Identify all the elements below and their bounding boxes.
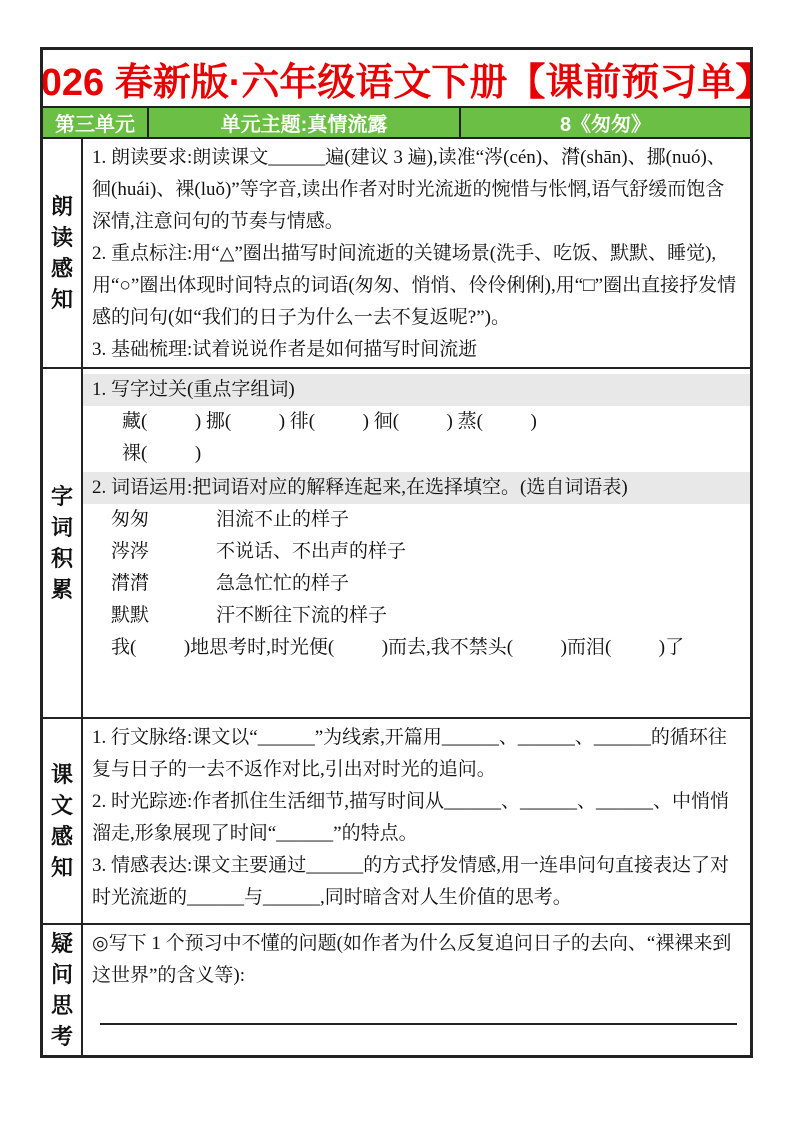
match-word: 匆匆 [111, 504, 216, 536]
reading-item-1: 1. 朗读要求:朗读课文______遍(建议 3 遍),读准“涔(cén)、潸(… [92, 142, 741, 238]
words-char-line-1: 藏( ) 挪( ) 徘( ) 徊( ) 蒸( ) [92, 406, 741, 438]
text-sense-item-3: 3. 情感表达:课文主要通过______的方式抒发情感,用一连串问句直接表达了对… [92, 850, 741, 914]
unit-bar: 第三单元 单元主题:真情流露 8《匆匆》 [43, 106, 750, 139]
section-text-sense-label: 课文感知 [43, 719, 83, 923]
lesson-title: 8《匆匆》 [461, 108, 750, 137]
answer-line[interactable] [100, 1025, 737, 1055]
question-prompt: ◎写下 1 个预习中不懂的问题(如作者为什么反复追问日子的去向、“裸裸来到这世界… [92, 928, 741, 992]
word-match-list: 匆匆 泪流不止的样子 涔涔 不说话、不出声的样子 潸潸 急急忙忙的样子 默默 汗… [92, 504, 741, 632]
reading-item-3: 3. 基础梳理:试着说说作者是如何描写时间流逝的:_______________… [92, 334, 741, 367]
match-word: 默默 [111, 600, 216, 632]
section-words: 字词积累 1. 写字过关(重点字组词) 藏( ) 挪( ) 徘( ) 徊( ) … [43, 369, 750, 719]
unit-number: 第三单元 [43, 108, 149, 137]
worksheet-frame: 2026 春新版·六年级语文下册【课前预习单】 第三单元 单元主题:真情流露 8… [40, 47, 753, 1058]
words-heading-1: 1. 写字过关(重点字组词) [83, 374, 750, 406]
words-heading-2: 2. 词语运用:把词语对应的解释连起来,在选择填空。(选自词语表) [83, 472, 750, 504]
section-reading: 朗读感知 1. 朗读要求:朗读课文______遍(建议 3 遍),读准“涔(cé… [43, 139, 750, 369]
match-word: 涔涔 [111, 536, 216, 568]
match-definition: 急急忙忙的样子 [216, 568, 741, 600]
text-sense-item-1: 1. 行文脉络:课文以“______”为线索,开篇用______、______、… [92, 722, 741, 786]
section-reading-label: 朗读感知 [43, 139, 83, 367]
text-sense-item-2: 2. 时光踪迹:作者抓住生活细节,描写时间从______、______、____… [92, 786, 741, 850]
section-text-sense-content: 1. 行文脉络:课文以“______”为线索,开篇用______、______、… [83, 719, 750, 923]
answer-line[interactable] [100, 992, 737, 1025]
match-definition: 不说话、不出声的样子 [216, 536, 741, 568]
section-words-content: 1. 写字过关(重点字组词) 藏( ) 挪( ) 徘( ) 徊( ) 蒸( ) … [83, 369, 750, 717]
words-char-line-2: 裸( ) [92, 438, 741, 470]
section-question-label: 疑问思考 [43, 925, 83, 1055]
unit-theme: 单元主题:真情流露 [149, 108, 461, 137]
match-definition: 泪流不止的样子 [216, 504, 741, 536]
section-reading-content: 1. 朗读要求:朗读课文______遍(建议 3 遍),读准“涔(cén)、潸(… [83, 139, 750, 367]
section-question-content: ◎写下 1 个预习中不懂的问题(如作者为什么反复追问日子的去向、“裸裸来到这世界… [83, 925, 750, 1055]
section-question: 疑问思考 ◎写下 1 个预习中不懂的问题(如作者为什么反复追问日子的去向、“裸裸… [43, 925, 750, 1055]
section-words-label: 字词积累 [43, 369, 83, 717]
match-word: 潸潸 [111, 568, 216, 600]
section-text-sense: 课文感知 1. 行文脉络:课文以“______”为线索,开篇用______、__… [43, 719, 750, 925]
words-fill-sentence: 我( )地思考时,时光便( )而去,我不禁头( )而泪( )了 [92, 632, 741, 664]
match-definition: 汗不断往下流的样子 [216, 600, 741, 632]
reading-item-2: 2. 重点标注:用“△”圈出描写时间流逝的关键场景(洗手、吃饭、默默、睡觉),用… [92, 238, 741, 334]
page-title: 2026 春新版·六年级语文下册【课前预习单】 [43, 50, 750, 106]
